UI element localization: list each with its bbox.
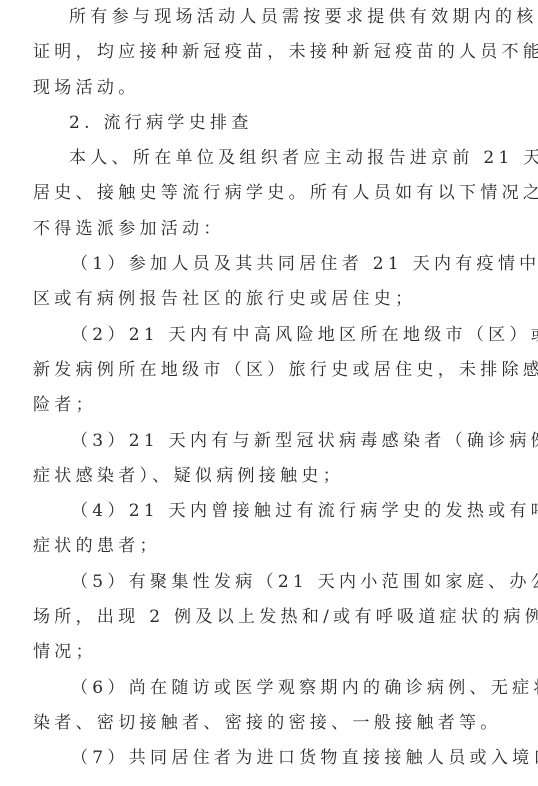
list-item-3: （3）21 天内有与新型冠状病毒感染者（确诊病例和无 症状感染者）、疑似病例接触… (33, 424, 495, 495)
text-line: 场所，出现 2 例及以上发热和/或有呼吸道症状的病例）的 (33, 600, 495, 635)
text-line: （6）尚在随访或医学观察期内的确诊病例、无症状感 (33, 671, 495, 706)
heading-line: 2. 流行病学史排查 (33, 106, 495, 141)
list-item-5: （5）有聚集性发病（21 天内小范围如家庭、办公室等 场所，出现 2 例及以上发… (33, 565, 495, 671)
text-line: （5）有聚集性发病（21 天内小范围如家庭、办公室等 (33, 565, 495, 600)
paragraph-test-vaccine-requirement: 所有参与现场活动人员需按要求提供有效期内的核酸 证明，均应接种新冠疫苗，未接种新… (33, 0, 495, 106)
text-line: 所有参与现场活动人员需按要求提供有效期内的核酸 (33, 0, 495, 35)
text-line: （4）21 天内曾接触过有流行病学史的发热或有呼吸道 (33, 494, 495, 529)
text-line: 染者、密切接触者、密接的密接、一般接触者等。 (33, 706, 495, 741)
document-page: 所有参与现场活动人员需按要求提供有效期内的核酸 证明，均应接种新冠疫苗，未接种新… (33, 0, 495, 777)
text-line: 区或有病例报告社区的旅行史或居住史； (33, 282, 495, 317)
section-heading-epidemiology: 2. 流行病学史排查 (33, 106, 495, 141)
text-line: 居史、接触史等流行病学史。所有人员如有以下情况之一者， (33, 176, 495, 211)
text-line: 现场活动。 (33, 71, 495, 106)
text-line: 新发病例所在地级市（区）旅行史或居住史，未排除感染风 (33, 353, 495, 388)
list-item-1: （1）参加人员及其共同居住者 21 天内有疫情中高风险 区或有病例报告社区的旅行… (33, 247, 495, 318)
text-line: （7）共同居住者为进口货物直接接触人员或入境口岸 (33, 741, 495, 776)
text-line: （2）21 天内有中高风险地区所在地级市（区）或境内 (33, 318, 495, 353)
paragraph-report-history: 本人、所在单位及组织者应主动报告进京前 21 天内旅 居史、接触史等流行病学史。… (33, 141, 495, 247)
text-line: 险者； (33, 388, 495, 423)
text-line: （3）21 天内有与新型冠状病毒感染者（确诊病例和无 (33, 424, 495, 459)
text-line: 本人、所在单位及组织者应主动报告进京前 21 天内旅 (33, 141, 495, 176)
text-line: 症状感染者）、疑似病例接触史； (33, 459, 495, 494)
text-line: 不得选派参加活动： (33, 212, 495, 247)
text-line: （1）参加人员及其共同居住者 21 天内有疫情中高风险 (33, 247, 495, 282)
text-line: 证明，均应接种新冠疫苗，未接种新冠疫苗的人员不能参与 (33, 35, 495, 70)
list-item-2: （2）21 天内有中高风险地区所在地级市（区）或境内 新发病例所在地级市（区）旅… (33, 318, 495, 424)
text-line: 情况； (33, 635, 495, 670)
text-line: 症状的患者； (33, 529, 495, 564)
list-item-7: （7）共同居住者为进口货物直接接触人员或入境口岸 (33, 741, 495, 776)
list-item-4: （4）21 天内曾接触过有流行病学史的发热或有呼吸道 症状的患者； (33, 494, 495, 565)
list-item-6: （6）尚在随访或医学观察期内的确诊病例、无症状感 染者、密切接触者、密接的密接、… (33, 671, 495, 742)
